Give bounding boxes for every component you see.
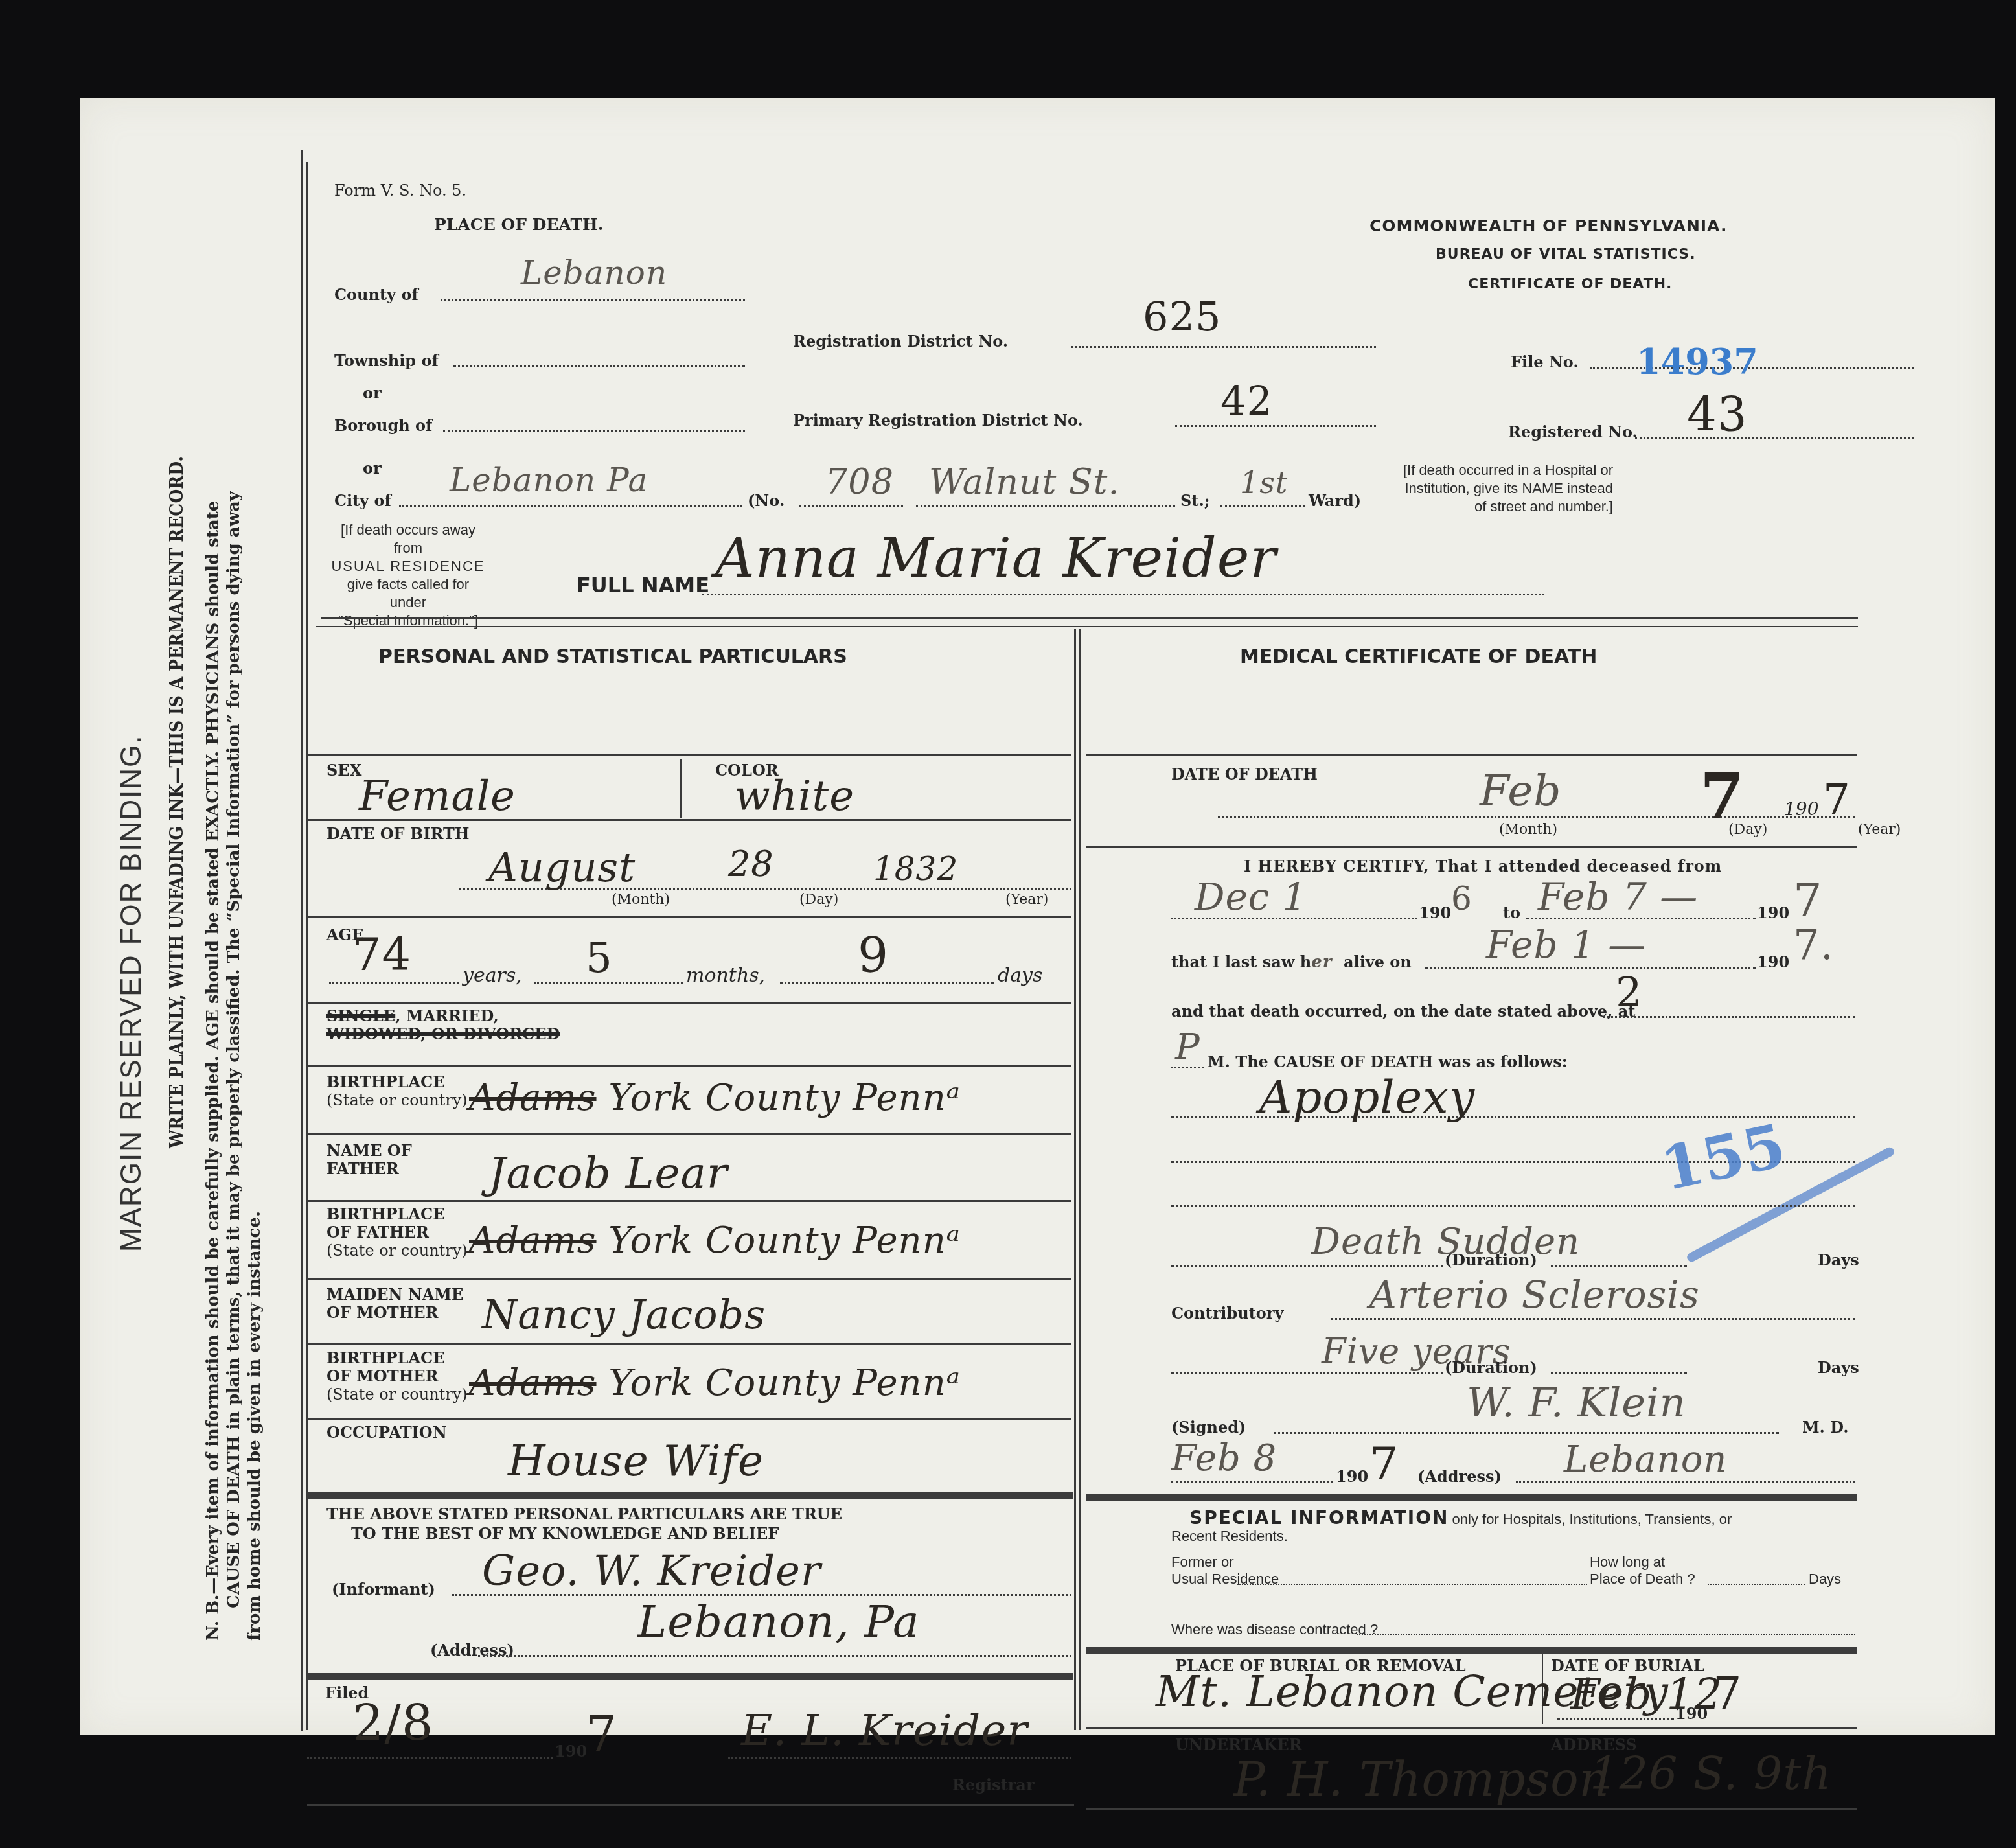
center-divider [1074, 629, 1076, 1730]
file-no-stamp: 14937 [1636, 341, 1758, 382]
last-saw-date-field[interactable]: Feb 1 — [1486, 923, 1646, 967]
away-note-line-2: USUAL RESIDENCE [330, 557, 486, 575]
day-caption: (Day) [1728, 822, 1767, 838]
state-or-country-caption: (State or country) [326, 1091, 468, 1109]
ward-field[interactable]: 1st [1240, 465, 1288, 500]
street-suffix-label: St.; [1180, 491, 1210, 510]
contributory-line [1331, 1318, 1855, 1320]
occupation-field[interactable]: House Wife [508, 1436, 764, 1486]
year-caption: (Year) [1005, 892, 1048, 908]
last-saw-year-prefix: 190 [1757, 953, 1789, 971]
contributory-label: Contributory [1171, 1304, 1283, 1322]
stamp-number: 155 [1655, 1110, 1791, 1205]
form-id: Form V. S. No. 5. [334, 181, 466, 200]
undertaker-address-field[interactable]: 126 S. 9th [1590, 1747, 1832, 1800]
how-long-label-2: Place of Death ? [1590, 1571, 1695, 1588]
row-rule [307, 1418, 1071, 1420]
md-label: M. D. [1802, 1418, 1849, 1437]
father-label-2: FATHER [326, 1160, 412, 1178]
row-rule [307, 1200, 1071, 1202]
age-days-field[interactable]: 9 [858, 928, 889, 984]
filed-line [307, 1757, 553, 1759]
special-info-heading-row: SPECIAL INFORMATION only for Hospitals, … [1189, 1507, 1732, 1529]
row-rule [1086, 846, 1857, 848]
registration-district-label: Registration District No. [793, 332, 1008, 351]
last-saw-year-field[interactable]: 7. [1793, 921, 1834, 969]
month-caption: (Month) [612, 892, 670, 908]
row-rule [307, 1133, 1071, 1135]
contracted-line [1357, 1634, 1855, 1635]
mother-birthplace-value: York County Pennᵃ [608, 1362, 960, 1404]
state-or-country-caption: (State or country) [326, 1385, 468, 1403]
row-rule [1086, 754, 1857, 756]
dob-day-field[interactable]: 28 [728, 844, 774, 884]
full-name-label: FULL NAME [577, 573, 709, 597]
township-label: Township of [334, 351, 439, 370]
commonwealth-title: COMMONWEALTH OF PENNSYLVANIA. [1369, 216, 1727, 235]
informant-address-line [478, 1655, 1071, 1657]
father-birthplace-label-2: OF FATHER [326, 1223, 468, 1242]
burial-rule [1086, 1727, 1857, 1729]
county-line [441, 299, 745, 301]
special-info-subtitle: only for Hospitals, Institutions, Transi… [1452, 1511, 1732, 1527]
former-residence-label: Former or Usual Residence [1171, 1554, 1279, 1588]
attended-to-year-field[interactable]: 7 [1793, 873, 1823, 927]
birthplace-label: BIRTHPLACE (State or country) [326, 1073, 468, 1109]
header-separator [321, 617, 1858, 619]
informant-address-field[interactable]: Lebanon, Pa [637, 1597, 919, 1648]
file-no-label: File No. [1511, 352, 1579, 371]
cause-line-3 [1171, 1205, 1855, 1207]
row-rule [307, 1343, 1071, 1345]
primary-registration-label: Primary Registration District No. [793, 411, 1083, 430]
signed-year-prefix: 190 [1336, 1467, 1368, 1486]
margin-nb-line2: CAUSE OF DEATH in plain terms, that it m… [224, 491, 244, 1608]
alive-on-label: alive on [1344, 953, 1412, 971]
sex-color-divider [680, 759, 682, 818]
county-field[interactable]: Lebanon [521, 254, 667, 292]
days-label-1: Days [1818, 1251, 1859, 1269]
how-long-label-1: How long at [1590, 1554, 1695, 1571]
age-months-field[interactable]: 5 [586, 934, 613, 982]
signed-address-label: (Address) [1417, 1467, 1502, 1486]
city-label: City of [334, 491, 391, 510]
margin-binding-note: MARGIN RESERVED FOR BINDING. [115, 735, 148, 1252]
mother-birthplace-struck: Adams [469, 1362, 597, 1404]
birthplace-label-text: BIRTHPLACE [326, 1073, 468, 1091]
physician-signature[interactable]: W. F. Klein [1467, 1379, 1686, 1426]
state-or-country-caption: (State or country) [326, 1242, 468, 1260]
attended-from-year-field[interactable]: 6 [1451, 880, 1472, 918]
city-line [399, 505, 742, 507]
row-rule [307, 1065, 1071, 1067]
certificate-title: CERTIFICATE OF DEATH. [1468, 276, 1672, 292]
former-residence-label-1: Former or [1171, 1554, 1279, 1571]
years-word: years, [463, 964, 522, 987]
death-certificate: MARGIN RESERVED FOR BINDING. WRITE PLAIN… [80, 98, 1995, 1735]
duration-line-2 [1171, 1372, 1443, 1374]
father-label-1: NAME OF [326, 1142, 412, 1160]
street-name-line [916, 505, 1175, 507]
marital-status: SINGLE, MARRIED, WIDOWED, OR DIVORCED [326, 1007, 560, 1043]
informant-rule [307, 1673, 1073, 1680]
margin-nb-line3: from home should be given in every insta… [245, 1211, 264, 1641]
how-long-days: Days [1809, 1571, 1841, 1588]
registration-district-line [1071, 346, 1376, 348]
special-info-rule [1086, 1647, 1857, 1654]
mother-label-1: MAIDEN NAME [326, 1286, 463, 1304]
date-of-death-label: DATE OF DEATH [1171, 765, 1318, 783]
hospital-note: [If death occurred in a Hospital or Inst… [1399, 461, 1613, 516]
away-note: [If death occurs away from USUAL RESIDEN… [330, 521, 486, 630]
last-saw-text: that I last saw h [1171, 953, 1311, 971]
age-years-field[interactable]: 74 [352, 928, 411, 981]
registration-district-field[interactable]: 625 [1143, 293, 1221, 340]
father-birthplace-label-1: BIRTHPLACE [326, 1205, 468, 1223]
sex-field[interactable]: Female [359, 772, 516, 820]
birthplace-struck: Adams [469, 1077, 597, 1119]
father-label: NAME OF FATHER [326, 1142, 412, 1178]
month-caption: (Month) [1499, 822, 1557, 838]
months-word: months, [686, 964, 765, 987]
signed-line [1274, 1432, 1779, 1434]
age-months-line [534, 982, 683, 984]
signed-address-line [1516, 1481, 1855, 1483]
former-residence-line [1237, 1584, 1587, 1585]
dob-label: DATE OF BIRTH [326, 824, 470, 843]
special-info-subtitle-2: Recent Residents. [1171, 1528, 1288, 1545]
occupation-label: OCCUPATION [326, 1423, 447, 1442]
row-rule [307, 916, 1071, 918]
margin-write-plainly: WRITE PLAINLY, WITH UNFADING INK—THIS IS… [166, 456, 187, 1148]
away-note-line-3: give facts called for under [330, 575, 486, 612]
street-name-field[interactable]: Walnut St. [929, 461, 1120, 502]
year-caption: (Year) [1858, 822, 1901, 838]
attended-from-field[interactable]: Dec 1 [1195, 875, 1307, 919]
mother-name-field[interactable]: Nancy Jacobs [482, 1291, 766, 1338]
birthplace-field[interactable]: Adams York County Pennᵃ [469, 1077, 961, 1119]
days-word: days [998, 964, 1042, 987]
contributory-field[interactable]: Arterio Sclerosis [1369, 1273, 1700, 1317]
occurred-text: and that death occurred, on the date sta… [1171, 1002, 1635, 1021]
father-birthplace-label: BIRTHPLACE OF FATHER (State or country) [326, 1205, 468, 1260]
days-label-2: Days [1818, 1358, 1859, 1377]
dob-year-field[interactable]: 1832 [873, 850, 958, 888]
registered-no-field[interactable]: 43 [1687, 387, 1748, 442]
center-divider-2 [1079, 629, 1081, 1730]
attended-to-field[interactable]: Feb 7 — [1538, 875, 1698, 919]
borough-line [443, 430, 745, 432]
or-label-1: or [363, 384, 382, 402]
date-of-death-line [1218, 816, 1855, 818]
date-of-death-month-field[interactable]: Feb [1480, 766, 1562, 816]
undertaker-label: UNDERTAKER [1175, 1735, 1302, 1754]
registered-no-label: Registered No. [1508, 422, 1638, 441]
attest-line-2: TO THE BEST OF MY KNOWLEDGE AND BELIEF [351, 1524, 779, 1543]
signed-date-line [1171, 1481, 1333, 1483]
duration-label-1: (Duration) [1445, 1251, 1537, 1269]
registrar-signature[interactable]: E. L. Kreider [741, 1705, 1028, 1755]
primary-registration-line [1175, 425, 1376, 427]
marital-widowed-struck: WIDOWED, OR DIVORCED [326, 1024, 560, 1043]
registrar-label: Registrar [952, 1775, 1035, 1794]
burial-year-prefix: 190 [1675, 1704, 1708, 1723]
last-saw-line [1425, 967, 1756, 969]
attest-line-1: THE ABOVE STATED PERSONAL PARTICULARS AR… [326, 1505, 842, 1523]
informant-field[interactable]: Geo. W. Kreider [482, 1547, 821, 1595]
place-of-death-heading: PLACE OF DEATH. [434, 215, 603, 234]
marital-married: , MARRIED, [395, 1006, 499, 1025]
birthplace-value: York County Pennᵃ [608, 1077, 960, 1119]
mother-birthplace-label-1: BIRTHPLACE [326, 1349, 468, 1367]
last-saw-prefix: that I last saw her [1171, 953, 1333, 972]
how-long-label: How long at Place of Death ? [1590, 1554, 1695, 1588]
signed-label: (Signed) [1171, 1418, 1246, 1437]
occurred-hour-field[interactable]: 2 [1616, 969, 1643, 1017]
mother-label: MAIDEN NAME OF MOTHER [326, 1286, 463, 1322]
primary-registration-field[interactable]: 42 [1220, 377, 1273, 424]
filed-date-field[interactable]: 2/8 [352, 1694, 433, 1751]
township-line [453, 365, 745, 367]
row-rule [307, 819, 1071, 821]
day-caption: (Day) [799, 892, 838, 908]
duration-days-line-1 [1551, 1265, 1687, 1267]
full-name-field[interactable]: Anna Maria Kreider [715, 526, 1277, 590]
city-field[interactable]: Lebanon Pa [450, 461, 648, 499]
street-no-field[interactable]: 708 [825, 461, 894, 502]
row-rule [307, 754, 1071, 756]
ward-label: Ward) [1309, 491, 1361, 510]
mother-birthplace-field[interactable]: Adams York County Pennᵃ [469, 1362, 961, 1404]
last-saw-pronoun-field[interactable]: er [1311, 953, 1332, 972]
registered-no-line [1635, 437, 1914, 439]
margin-nb-line1: N. B.—Every item of information should b… [203, 501, 223, 1641]
father-birthplace-struck: Adams [469, 1219, 597, 1262]
certify-text: I HEREBY CERTIFY, That I attended deceas… [1244, 857, 1722, 875]
attended-to-year-prefix: 190 [1757, 903, 1789, 922]
medical-rule [1086, 1494, 1857, 1501]
bottom-rule-right [1086, 1808, 1857, 1810]
row-rule [307, 1278, 1071, 1280]
mother-label-2: OF MOTHER [326, 1304, 463, 1322]
margin-rule [301, 150, 303, 1731]
special-info-heading: SPECIAL INFORMATION [1189, 1507, 1449, 1529]
borough-label: Borough of [334, 416, 432, 435]
informant-label: (Informant) [332, 1580, 435, 1599]
meridiem-field[interactable]: P [1175, 1026, 1200, 1068]
dob-month-field[interactable]: August [488, 844, 636, 891]
former-residence-label-2: Usual Residence [1171, 1571, 1279, 1588]
full-name-line [702, 594, 1544, 595]
filed-year-prefix: 190 [555, 1742, 587, 1761]
header-separator-2 [316, 626, 1858, 627]
row-rule [307, 1002, 1071, 1004]
marital-single-struck: SINGLE [326, 1006, 395, 1025]
occupation-rule [307, 1492, 1073, 1499]
how-long-line [1708, 1584, 1805, 1585]
father-birthplace-value: York County Pennᵃ [608, 1219, 960, 1262]
undertaker-field[interactable]: P. H. Thompson [1233, 1752, 1610, 1807]
duration-days-line-2 [1551, 1372, 1687, 1374]
date-of-death-year-field[interactable]: 7 [1823, 775, 1851, 825]
signed-address-field[interactable]: Lebanon [1564, 1438, 1727, 1481]
duration-line-1 [1171, 1265, 1443, 1267]
away-note-line-1: [If death occurs away from [330, 521, 486, 557]
street-no-label: (No. [748, 491, 785, 510]
date-of-death-year-prefix: 190 [1784, 798, 1818, 820]
burial-year-field[interactable]: 7 [1713, 1667, 1743, 1720]
sex-label: SEX [326, 761, 361, 780]
father-name-field[interactable]: Jacob Lear [488, 1148, 728, 1198]
color-field[interactable]: white [735, 772, 854, 820]
filed-year-field[interactable]: 7 [586, 1705, 617, 1763]
attended-from-year-prefix: 190 [1419, 903, 1451, 922]
mother-birthplace-label-2: OF MOTHER [326, 1367, 468, 1385]
registrar-line [728, 1757, 1071, 1759]
cause-text: M. The CAUSE OF DEATH was as follows: [1208, 1052, 1568, 1071]
cause-of-death-field[interactable]: Apoplexy [1259, 1070, 1475, 1124]
father-birthplace-field[interactable]: Adams York County Pennᵃ [469, 1219, 961, 1262]
bottom-rule-left [307, 1804, 1074, 1806]
age-years-line [329, 982, 459, 984]
mother-birthplace-label: BIRTHPLACE OF MOTHER (State or country) [326, 1349, 468, 1403]
personal-heading: PERSONAL AND STATISTICAL PARTICULARS [378, 645, 847, 668]
county-label: County of [334, 285, 418, 304]
to-word: to [1503, 903, 1520, 922]
signed-year-field[interactable]: 7 [1369, 1437, 1399, 1490]
street-no-line [799, 505, 903, 507]
ward-line [1220, 505, 1305, 507]
or-label-2: or [363, 459, 382, 478]
contracted-label: Where was disease contracted ? [1171, 1621, 1378, 1638]
medical-heading: MEDICAL CERTIFICATE OF DEATH [1240, 645, 1597, 668]
duration-label-2: (Duration) [1445, 1358, 1537, 1377]
bureau-title: BUREAU OF VITAL STATISTICS. [1436, 246, 1696, 262]
signed-date-field[interactable]: Feb 8 [1171, 1437, 1277, 1479]
